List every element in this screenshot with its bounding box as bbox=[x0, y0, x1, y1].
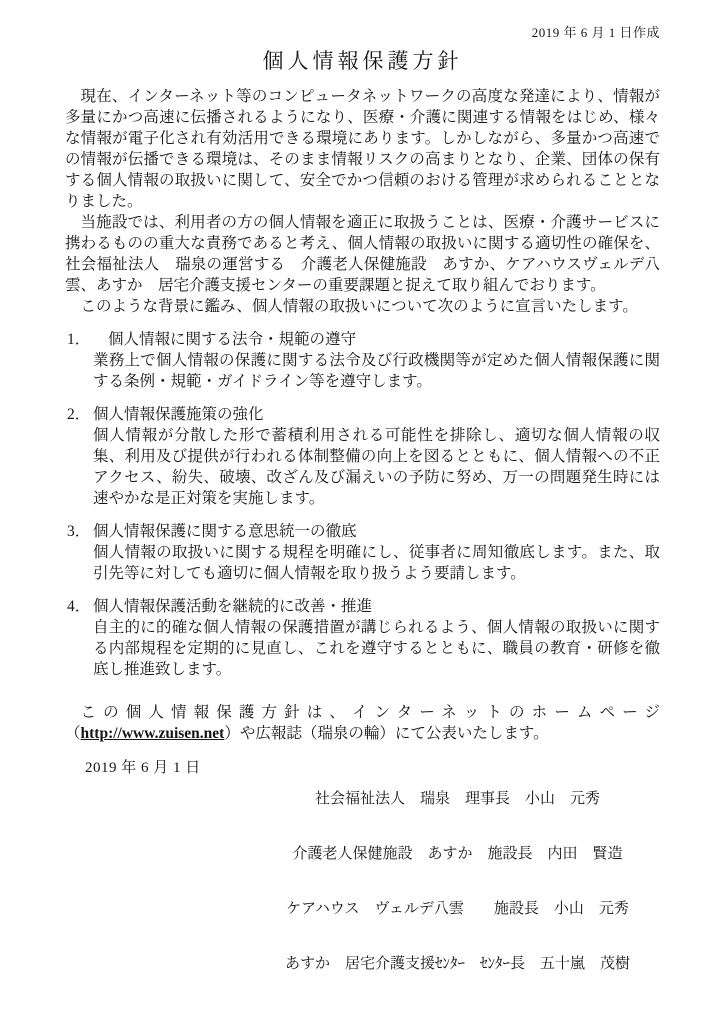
intro-paragraph-3: このような背景に鑑み、個人情報の取扱いについて次のように宣言いたします。 bbox=[65, 296, 660, 317]
policy-item-3-heading: 3． 個人情報保護に関する意思統一の徹底 bbox=[65, 521, 660, 542]
policy-item-3-body: 個人情報の取扱いに関する規程を明確にし、従事者に周知徹底します。また、取引先等に… bbox=[93, 542, 660, 584]
policy-item-3-title: 個人情報保護に関する意思統一の徹底 bbox=[93, 521, 357, 542]
policy-item-4-heading: 4． 個人情報保護活動を継続的に改善・推進 bbox=[65, 596, 660, 617]
policy-item-1-title: 個人情報に関する法令・規範の遵守 bbox=[93, 329, 356, 350]
policy-item-4-title: 個人情報保護活動を継続的に改善・推進 bbox=[93, 596, 372, 617]
open-paren: （ bbox=[65, 725, 81, 742]
publication-paragraph: この個人情報保護方針は、インターネットのホームページ （http://www.z… bbox=[65, 702, 660, 744]
policy-item-2-heading: 2． 個人情報保護施策の強化 bbox=[65, 404, 660, 425]
signature-line-riji: 社会福祉法人 瑞泉 理事長 小山 元秀 bbox=[255, 789, 660, 810]
publication-url-line: （http://www.zuisen.net）や広報誌（瑞泉の輪）にて公表いたし… bbox=[65, 723, 660, 744]
effective-date: 2019 年 6 月 1 日 bbox=[65, 758, 660, 779]
policy-item-3-number: 3． bbox=[65, 521, 93, 542]
policy-item-2-title: 個人情報保護施策の強化 bbox=[93, 404, 264, 425]
policy-document-page: 2019 年 6 月 1 日作成 個人情報保護方針 現在、インターネット等のコン… bbox=[0, 0, 724, 1024]
policy-item-2-number: 2． bbox=[65, 404, 93, 425]
signature-line-support-center: あすか 居宅介護支援ｾﾝﾀｰ ｾﾝﾀｰ長 五十嵐 茂樹 bbox=[255, 954, 660, 975]
publication-intro-line: この個人情報保護方針は、インターネットのホームページ bbox=[65, 702, 660, 723]
created-date: 2019 年 6 月 1 日作成 bbox=[65, 24, 660, 41]
page-title: 個人情報保護方針 bbox=[65, 47, 660, 75]
policy-item-1-number: 1． bbox=[65, 329, 93, 350]
signature-line-carehouse: ケアハウス ヴェルデ八雲 施設長 小山 元秀 bbox=[255, 899, 660, 920]
policy-item-2-body: 個人情報が分散した形で蓄積利用される可能性を排除し、適切な個人情報の収集、利用及… bbox=[93, 425, 660, 509]
signature-line-asuka-facility: 介護老人保健施設 あすか 施設長 内田 賢造 bbox=[255, 844, 660, 865]
policy-item-1-body: 業務上で個人情報の保護に関する法令及び行政機関等が定めた個人情報保護に関する条例… bbox=[93, 350, 660, 392]
policy-item-4-number: 4． bbox=[65, 596, 93, 617]
website-url-link: http://www.zuisen.net bbox=[81, 725, 225, 742]
intro-paragraph-1: 現在、インターネット等のコンピュータネットワークの高度な発達により、情報が多量に… bbox=[65, 86, 660, 212]
policy-item-3: 3． 個人情報保護に関する意思統一の徹底 個人情報の取扱いに関する規程を明確にし… bbox=[65, 521, 660, 584]
publication-closing-text: ）や広報誌（瑞泉の輪）にて公表いたします。 bbox=[224, 725, 548, 742]
policy-item-4: 4． 個人情報保護活動を継続的に改善・推進 自主的に的確な個人情報の保護措置が講… bbox=[65, 596, 660, 680]
policy-item-1: 1． 個人情報に関する法令・規範の遵守 業務上で個人情報の保護に関する法令及び行… bbox=[65, 329, 660, 392]
signature-block: 社会福祉法人 瑞泉 理事長 小山 元秀 介護老人保健施設 あすか 施設長 内田 … bbox=[65, 789, 660, 975]
policy-item-4-body: 自主的に的確な個人情報の保護措置が講じられるよう、個人情報の取扱いに関する内部規… bbox=[93, 617, 660, 680]
intro-paragraph-2: 当施設では、利用者の方の個人情報を適正に取扱うことは、医療・介護サービスに携わる… bbox=[65, 212, 660, 296]
policy-item-2: 2． 個人情報保護施策の強化 個人情報が分散した形で蓄積利用される可能性を排除し… bbox=[65, 404, 660, 509]
policy-item-1-heading: 1． 個人情報に関する法令・規範の遵守 bbox=[65, 329, 660, 350]
